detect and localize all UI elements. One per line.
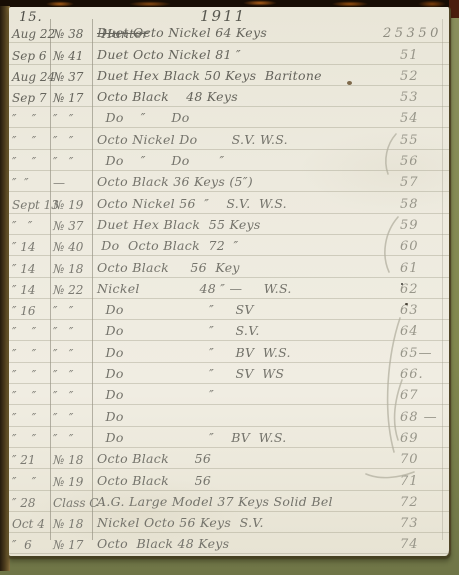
entry-serial: 67 <box>400 388 419 403</box>
pencil-dot <box>405 303 408 305</box>
ledger-row: Aug 22№ 38Duet Octo Nickel 64 Keys Hunte… <box>9 22 449 43</box>
entry-number: Class C <box>53 496 99 510</box>
entry-date: ″ ″ <box>12 475 36 489</box>
entry-number: № 19 <box>53 475 83 489</box>
entry-date: ″ ″ <box>12 432 36 446</box>
entry-number: № 18 <box>53 262 83 276</box>
entry-date: ″ ″ <box>12 134 36 148</box>
entry-description-text: Octo Black 56 <box>97 473 211 488</box>
ledger-row: ″ ″№ 37Duet Hex Black 55 Keys59 <box>9 214 449 235</box>
entry-description-text: Nickel Octo 56 Keys S.V. <box>97 515 264 530</box>
entry-serial: 56 <box>400 154 419 169</box>
entry-number: № 37 <box>53 219 83 233</box>
entry-date: ″ ″ <box>12 155 36 169</box>
entry-date: Sept 13 <box>12 198 59 212</box>
entry-date: ″ ″ <box>12 325 36 339</box>
entry-description-text: Do ″ Do <box>97 110 190 125</box>
entry-description-text: Octo Black 48 Keys <box>97 536 229 551</box>
entry-serial: 64 <box>400 324 419 339</box>
entry-number: № 18 <box>53 517 83 531</box>
entry-date: Sep 7 <box>12 91 46 105</box>
entry-number: № 38 <box>53 27 83 41</box>
pencil-dot <box>401 283 403 285</box>
entry-date: ″ ″ <box>12 368 36 382</box>
entry-date: ″ 14 <box>12 240 36 254</box>
entry-date: ″ ″ <box>12 411 36 425</box>
entry-number: ″ ″ <box>53 368 73 382</box>
entry-serial: 58 <box>400 197 419 212</box>
entry-description-text: Octo Black 48 Keys <box>97 89 238 104</box>
entry-date: ″ 28 <box>12 496 36 510</box>
entry-number: № 17 <box>53 91 83 105</box>
ledger-row: ″ ″″ ″ Do ″ BV W.S.69 <box>9 427 449 448</box>
entry-number: ″ ″ <box>53 304 73 318</box>
ledger-row: Sep 7№ 17Octo Black 48 Keys53 <box>9 86 449 107</box>
entry-description-text: Octo Nickel Do S.V. W.S. <box>97 132 288 147</box>
entry-serial: 60 <box>400 239 419 254</box>
entry-date: ″ ″ <box>12 112 36 126</box>
entry-date: ″ 6 <box>12 538 32 552</box>
entry-description: Duet Octo Nickel 64 Keys Hunter <box>97 26 148 41</box>
entry-description-text: Do ″ Do ″ <box>97 153 224 168</box>
ledger-photo: 15. 1911 Aug 22№ 38Duet Octo Nickel 64 K… <box>0 0 459 575</box>
ledger-row: Aug 24№ 37Duet Hex Black 50 Keys Bariton… <box>9 65 449 86</box>
ledger-row: ″ ″″ ″ Do ″ Do ″56 <box>9 150 449 171</box>
entry-serial: 66. <box>400 367 424 382</box>
entry-serial: 54 <box>400 111 419 126</box>
ledger-row: ″ 14№ 40 Do Octo Black 72 ″60 <box>9 235 449 256</box>
entry-date: Oct 4 <box>12 517 45 531</box>
entry-serial: 51 <box>400 48 419 63</box>
entry-number: № 17 <box>53 538 83 552</box>
entry-description-text: Duet Hex Black 55 Keys <box>97 217 261 232</box>
entry-serial: 61 <box>400 261 419 276</box>
entry-date: ″ ″ <box>12 176 29 190</box>
entry-serial: 69 <box>400 431 419 446</box>
entry-description-text: Octo Nickel 56 ″ S.V. W.S. <box>97 196 287 211</box>
ledger-page: 15. 1911 Aug 22№ 38Duet Octo Nickel 64 K… <box>9 7 451 556</box>
entry-number: № 41 <box>53 49 83 63</box>
entry-date: Sep 6 <box>12 49 46 63</box>
entry-serial: 57 <box>400 175 419 190</box>
entry-serial: 73 <box>400 516 419 531</box>
entry-serial: 63 <box>400 303 419 318</box>
ledger-row: ″ ″″ ″ Do ″ SV WS66. <box>9 363 449 384</box>
entry-number: № 37 <box>53 70 83 84</box>
ledger-row: Sept 13№ 19Octo Nickel 56 ″ S.V. W.S.58 <box>9 192 449 213</box>
ledger-row: ″ 14№ 18Octo Black 56 Key61 <box>9 256 449 277</box>
ledger-row: ″ ″″ ″ Do ″ S.V.64 <box>9 320 449 341</box>
entry-description-text: Duet Octo Nickel 81 ″ <box>97 47 241 62</box>
entry-serial: 70 <box>400 452 419 467</box>
entry-serial: 72 <box>400 495 419 510</box>
entry-description-text: Do ″ BV W.S. <box>97 430 287 445</box>
entry-serial: 74 <box>400 537 419 552</box>
ledger-row: ″ ″″ ″ Do ″67 <box>9 384 449 405</box>
ledger-row: ″ 6№ 17Octo Black 48 Keys74 <box>9 533 449 554</box>
ink-stain <box>347 81 352 85</box>
entry-date: ″ 21 <box>12 453 36 467</box>
ledger-row: ″ ″№ 19Octo Black 5671 <box>9 469 449 490</box>
entry-serial: 52 <box>400 69 419 84</box>
entry-number: ″ ″ <box>53 432 73 446</box>
entry-description-text: A.G. Large Model 37 Keys Solid Bel <box>97 494 333 509</box>
ledger-row: ″ 28Class CA.G. Large Model 37 Keys Soli… <box>9 491 449 512</box>
entry-date: ″ ″ <box>12 347 36 361</box>
entry-description-text: Do ″ SV <box>97 302 254 317</box>
entry-description-text: Nickel 48 ″ — W.S. <box>97 281 292 296</box>
ledger-row: ″ 21№ 18Octo Black 5670 <box>9 448 449 469</box>
entry-description-text: Do ″ <box>97 387 214 402</box>
entry-description-text: Do ″ SV WS <box>97 366 284 381</box>
entry-number: ″ ″ <box>53 325 73 339</box>
entry-description-text: Octo Black 56 <box>97 451 211 466</box>
entry-description-text: Do <box>97 409 124 424</box>
entry-date: ″ ″ <box>12 389 36 403</box>
entry-serial: 53 <box>400 90 419 105</box>
entry-date: ″ 14 <box>12 262 36 276</box>
entry-serial: 71 <box>400 474 419 489</box>
entry-description-text: Do ″ BV W.S. <box>97 345 291 360</box>
entry-number: ″ ″ <box>53 112 73 126</box>
entry-number: ″ ″ <box>53 411 73 425</box>
entry-date: Aug 22 <box>12 27 55 41</box>
entry-date: Aug 24 <box>12 70 55 84</box>
entry-serial: 65— <box>400 346 433 361</box>
ledger-row: ″ 16″ ″ Do ″ SV63 <box>9 299 449 320</box>
ledger-row: Oct 4№ 18Nickel Octo 56 Keys S.V.73 <box>9 512 449 533</box>
entry-description-text: Duet Hex Black 50 Keys Baritone <box>97 68 322 83</box>
entry-number: ″ ″ <box>53 347 73 361</box>
entry-number: № 22 <box>53 283 83 297</box>
entry-serial: 68 — <box>400 410 438 425</box>
entry-number: № 40 <box>53 240 83 254</box>
entry-serial: 59 <box>400 218 419 233</box>
ledger-rows: Aug 22№ 38Duet Octo Nickel 64 Keys Hunte… <box>9 22 449 554</box>
entry-number: — <box>53 176 65 190</box>
entry-number: № 18 <box>53 453 83 467</box>
entry-description-text: Octo Black 36 Keys (5″) <box>97 174 253 189</box>
entry-number: ″ ″ <box>53 134 73 148</box>
entry-description-text: Octo Black 56 Key <box>97 260 240 275</box>
ledger-row: ″ 14№ 22Nickel 48 ″ — W.S.62 <box>9 278 449 299</box>
entry-number: ″ ″ <box>53 155 73 169</box>
entry-description-text: Do ″ S.V. <box>97 323 260 338</box>
entry-serial: 55 <box>400 133 419 148</box>
entry-number: ″ ″ <box>53 389 73 403</box>
entry-date: ″ ″ <box>12 219 32 233</box>
entry-date: ″ 14 <box>12 283 36 297</box>
ledger-row: Sep 6№ 41Duet Octo Nickel 81 ″51 <box>9 43 449 64</box>
entry-number: № 19 <box>53 198 83 212</box>
ledger-row: ″ ″″ ″ Do68 — <box>9 405 449 426</box>
entry-description-text: Do Octo Black 72 ″ <box>97 238 239 253</box>
entry-description-text: Duet Octo Nickel 64 Keys <box>97 25 267 40</box>
ledger-row: ″ ″″ ″Octo Nickel Do S.V. W.S.55 <box>9 128 449 149</box>
ledger-row: ″ ″″ ″ Do ″ BV W.S.65— <box>9 341 449 362</box>
entry-serial: 25350 <box>383 26 442 41</box>
entry-date: ″ 16 <box>12 304 36 318</box>
ledger-row: ″ ″″ ″ Do ″ Do54 <box>9 107 449 128</box>
ledger-row: ″ ″—Octo Black 36 Keys (5″)57 <box>9 171 449 192</box>
